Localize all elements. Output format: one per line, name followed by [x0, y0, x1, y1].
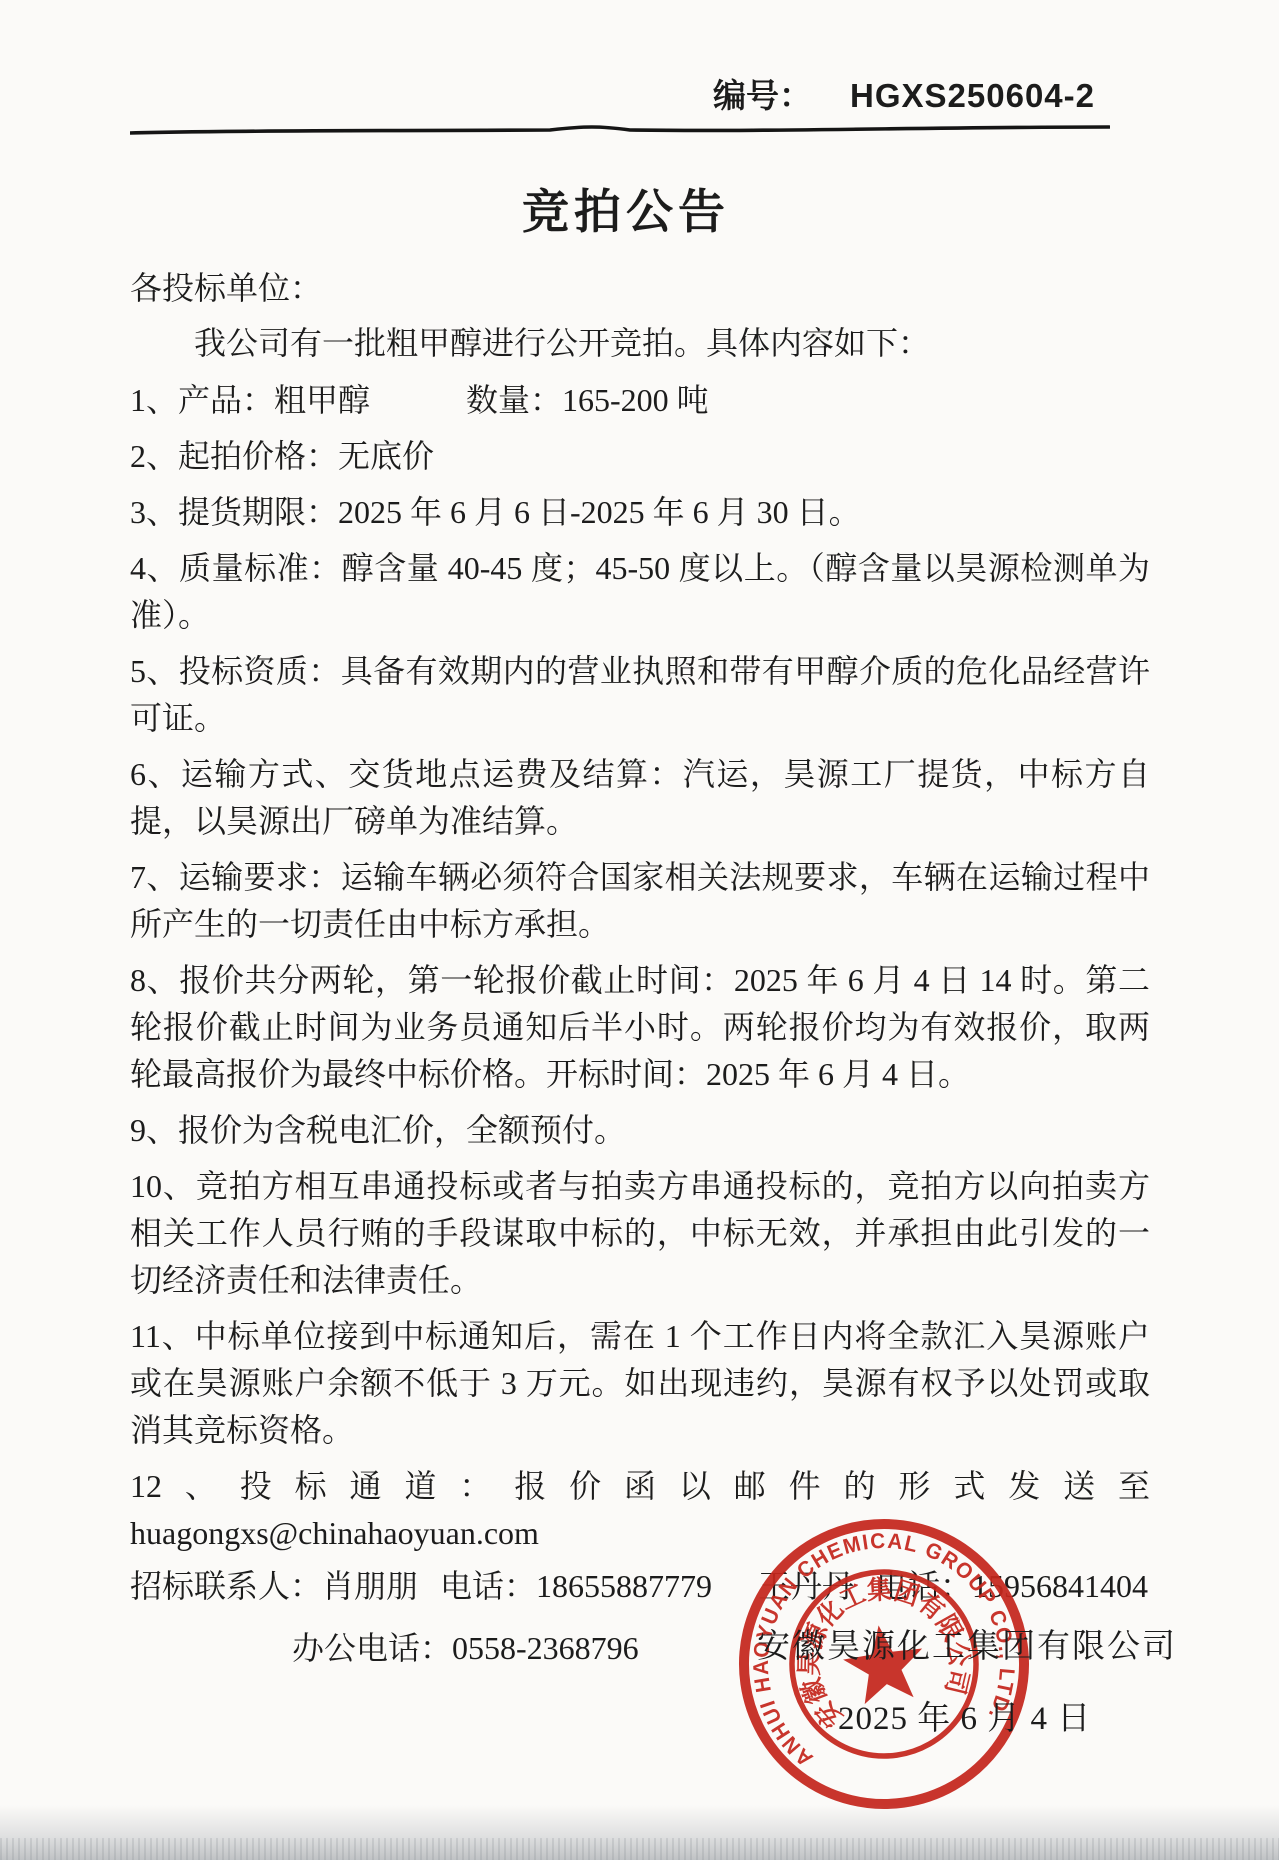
list-item: 7、运输要求：运输车辆必须符合国家相关法规要求，车辆在运输过程中所产生的一切责任…: [130, 854, 1150, 948]
salutation: 各投标单位：: [130, 268, 1150, 308]
document-number-line: 编号：HGXS250604-2: [130, 70, 1150, 117]
document-content: 编号：HGXS250604-2 竞拍公告 各投标单位： 我公司有一批粗甲醇进行公…: [130, 0, 1150, 1672]
signature-company-name: 安徽昊源化工集团有限公司: [757, 1620, 1177, 1667]
document-number-value: HGXS250604-2: [850, 77, 1095, 114]
list-item: 6、运输方式、交货地点运费及结算：汽运，昊源工厂提货，中标方自提，以昊源出厂磅单…: [130, 751, 1150, 845]
header-rule-line: [130, 127, 1109, 133]
contact-name-1: 肖朋朋: [322, 1568, 418, 1604]
list-item: 11、中标单位接到中标通知后，需在 1 个工作日内将全款汇入昊源账户或在昊源账户…: [130, 1313, 1150, 1454]
office-phone-label: 办公电话：: [292, 1630, 452, 1666]
intro-paragraph: 我公司有一批粗甲醇进行公开竞拍。具体内容如下：: [130, 318, 1150, 368]
office-phone-number: 0558-2368796: [452, 1630, 639, 1666]
scan-bottom-streaks: [0, 1838, 1279, 1860]
list-item: 10、竞拍方相互串通投标或者与拍卖方串通投标的，竞拍方以向拍卖方相关工作人员行贿…: [130, 1163, 1150, 1304]
list-item: 3、提货期限：2025 年 6 月 6 日-2025 年 6 月 30 日。: [130, 489, 1150, 536]
item-1-product: 1、产品：粗甲醇: [130, 382, 370, 418]
list-item: 1、产品：粗甲醇数量：165-200 吨: [130, 377, 1150, 424]
contact-phone-1: 18655887779: [536, 1568, 712, 1604]
list-item: 9、报价为含税电汇价，全额预付。: [130, 1107, 1150, 1154]
scanned-auction-notice-page: 编号：HGXS250604-2 竞拍公告 各投标单位： 我公司有一批粗甲醇进行公…: [0, 0, 1279, 1860]
list-item: 8、报价共分两轮，第一轮报价截止时间：2025 年 6 月 4 日 14 时。第…: [130, 957, 1150, 1098]
contact-primary: 招标联系人：肖朋朋电话：18655887779: [130, 1563, 712, 1610]
list-item: 2、起拍价格：无底价: [130, 433, 1150, 480]
list-item: 4、质量标准：醇含量 40-45 度；45-50 度以上。（醇含量以昊源检测单为…: [130, 545, 1150, 639]
item-1-quantity: 数量：165-200 吨: [466, 382, 709, 418]
signature-date: 2025 年 6 月 4 日: [838, 1692, 1091, 1739]
header-rule: [130, 121, 1110, 139]
list-item: 5、投标资质：具备有效期内的营业执照和带有甲醇介质的危化品经营许可证。: [130, 648, 1150, 742]
contact-phone-label-1: 电话：: [440, 1568, 536, 1604]
page-title: 竞拍公告: [116, 175, 1136, 242]
document-number-label: 编号：: [713, 79, 812, 115]
terms-list: 1、产品：粗甲醇数量：165-200 吨 2、起拍价格：无底价 3、提货期限：2…: [130, 377, 1150, 1557]
contacts-label: 招标联系人：: [130, 1568, 322, 1604]
